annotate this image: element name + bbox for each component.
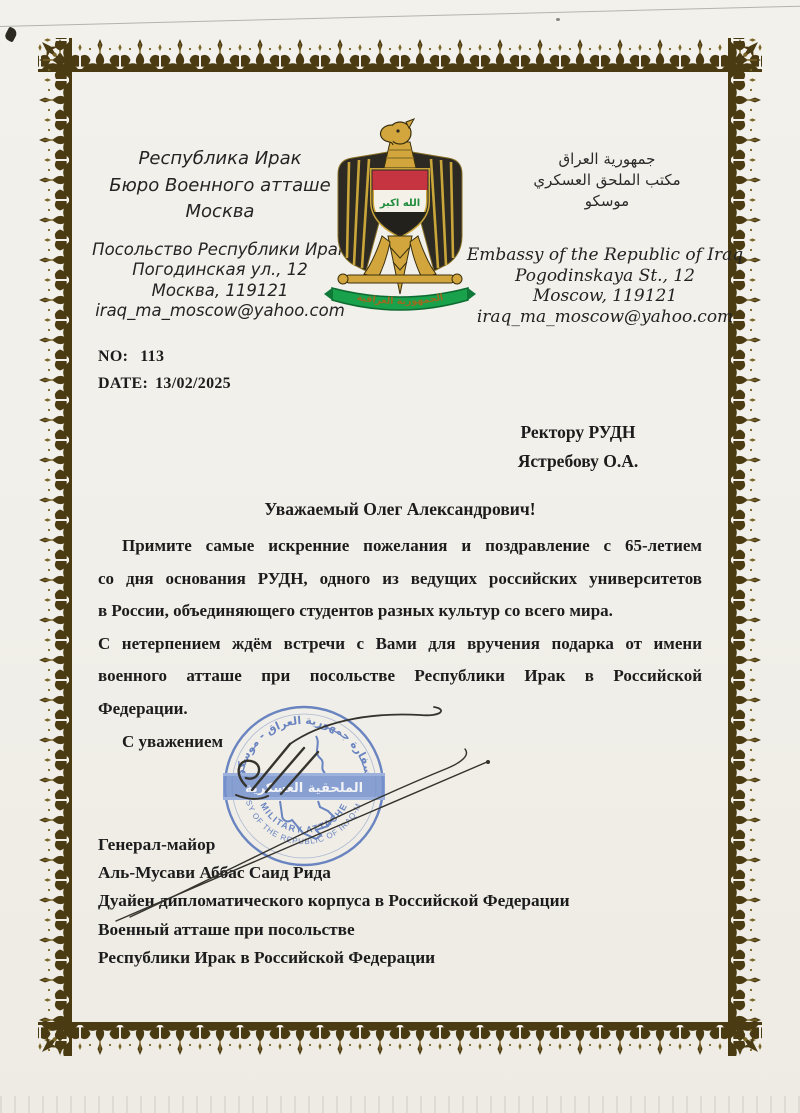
address-line: Посольство Республики Ирак — [86, 240, 354, 261]
no-label: NO: — [98, 348, 128, 365]
body-line: Федерации. — [98, 693, 702, 726]
org-line: Москва — [86, 199, 354, 226]
arabic-line: مكتب الملحق العسكري — [460, 170, 754, 191]
address-block-russian: Посольство Республики Ирак Погодинская у… — [86, 240, 354, 322]
flag-shield: الله اكبر — [370, 168, 430, 240]
arabic-line: موسكو — [460, 191, 754, 212]
date-value: 13/02/2025 — [155, 375, 231, 393]
signature-line: Аль-Мусави Аббас Саид Рида — [98, 859, 570, 887]
address-line: Погодинская ул., 12 — [86, 260, 354, 281]
org-line: Республика Ирак — [86, 146, 354, 173]
signature-line: Дуайен дипломатического корпуса в Россий… — [98, 887, 570, 915]
ref-no-row: NO:113 — [98, 348, 231, 366]
letter-page: Республика Ирак Бюро Военного атташе Мос… — [0, 0, 800, 1113]
email-address: iraq_ma_moscow@yahoo.com — [452, 307, 758, 328]
address-line: Москва, 119121 — [86, 281, 354, 302]
arabic-line: جمهورية العراق — [460, 149, 754, 170]
english-line: Moscow, 119121 — [452, 286, 758, 307]
header-right-arabic: جمهورية العراق مكتب الملحق العسكري موسكو — [460, 149, 754, 212]
body-line: в России, объединяющего студентов разных… — [98, 595, 702, 628]
scroll-arabic-text: الجمهورية العراقية — [356, 292, 444, 307]
closing-line: С уважением — [98, 726, 702, 759]
recipient-block: Ректору РУДН Ястребову О.А. — [476, 418, 680, 475]
recipient-line: Ректору РУДН — [476, 418, 680, 447]
no-value: 113 — [140, 348, 164, 366]
recipient-line: Ястребову О.А. — [476, 447, 680, 476]
salutation: Уважаемый Олег Александрович! — [98, 499, 702, 520]
eagle-head — [381, 119, 416, 168]
scan-streaks-bottom — [0, 1096, 800, 1113]
stamp-banner-arabic-text: الملحقية العسكرية — [245, 781, 363, 796]
english-line: Pogodinskaya St., 12 — [452, 266, 758, 287]
body-line: военного атташе при посольстве Республик… — [98, 660, 702, 693]
ref-date-row: DATE:13/02/2025 — [98, 375, 231, 393]
letter-body: Примите самые искренние пожелания и позд… — [98, 530, 702, 758]
signature-line: Генерал-майор — [98, 831, 570, 859]
org-line: Бюро Военного атташе — [86, 173, 354, 200]
signature-line: Военный атташе при посольстве — [98, 916, 570, 944]
english-line: Embassy of the Republic of Iraq — [452, 245, 758, 266]
body-line: С нетерпением ждём встречи с Вами для вр… — [98, 628, 702, 661]
reference-block: NO:113 DATE:13/02/2025 — [98, 348, 231, 402]
shield-takbir-text: الله اكبر — [379, 198, 420, 209]
date-label: DATE: — [98, 375, 148, 392]
iraq-coat-of-arms-icon: الله اكبر الجمهورية العراقية — [322, 118, 478, 314]
body-line: со дня основания РУДН, одного из ведущих… — [98, 563, 702, 596]
header-left-russian: Республика Ирак Бюро Военного атташе Мос… — [86, 146, 354, 322]
email-address: iraq_ma_moscow@yahoo.com — [86, 301, 354, 322]
body-line: Примите самые искренние пожелания и позд… — [98, 530, 702, 563]
header-right-english: Embassy of the Republic of Iraq Pogodins… — [452, 245, 758, 327]
svg-text:الجمهورية العراقية: الجمهورية العراقية — [356, 292, 444, 307]
signature-line: Республики Ирак в Российской Федерации — [98, 944, 570, 972]
signature-block: Генерал-майор Аль-Мусави Аббас Саид Рида… — [98, 831, 570, 972]
scan-speck-top-right — [556, 18, 560, 21]
